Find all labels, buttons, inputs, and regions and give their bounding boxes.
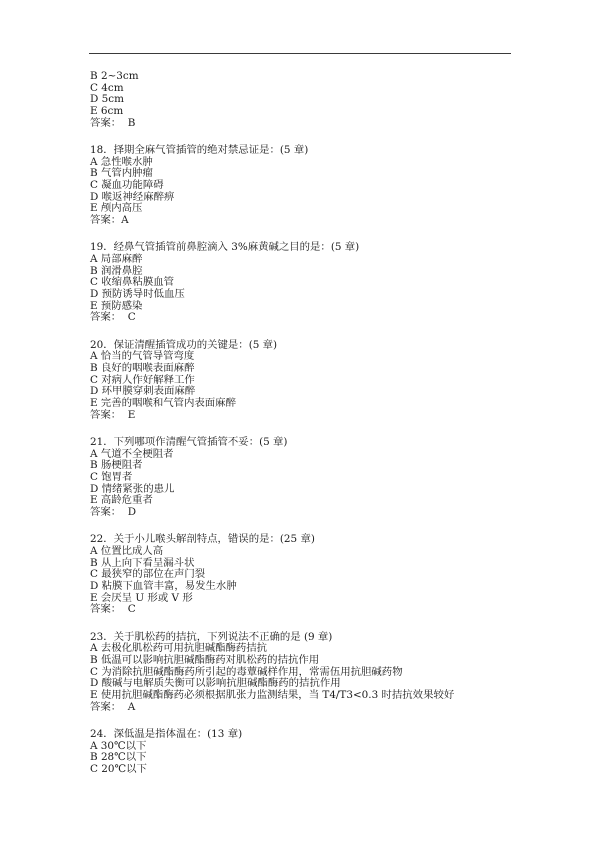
option-d: D 粘膜下血管丰富，易发生水肿 bbox=[90, 581, 520, 593]
question-19: 19．经鼻气管插管前鼻腔滴入 3%麻黄碱之目的是：(5 章) A 局部麻醉 B … bbox=[90, 242, 520, 324]
option-a: A 局部麻醉 bbox=[90, 254, 520, 266]
question-23: 23．关于肌松药的拮抗，下列说法不正确的是 (9 章) A 去极化肌松药可用抗胆… bbox=[90, 632, 520, 714]
question-stem: 18．择期全麻气管插管的绝对禁忌证是：(5 章) bbox=[90, 145, 520, 157]
question-24: 24．深低温是指体温在：(13 章) A 30℃以下 B 28℃以下 C 20℃… bbox=[90, 729, 520, 776]
option-c: C 20℃以下 bbox=[90, 764, 520, 776]
option-a: A 气道不全梗阻者 bbox=[90, 449, 520, 461]
option-a: A 位置比成人高 bbox=[90, 546, 520, 558]
question-stem: 21．下列哪项作清醒气管插管不妥：(5 章) bbox=[90, 437, 520, 449]
option-a: A 30℃以下 bbox=[90, 741, 520, 753]
option-b: B 2~3cm bbox=[90, 71, 520, 83]
answer: 答案： A bbox=[90, 702, 520, 714]
option-e: E 完善的咽喉和气管内表面麻醉 bbox=[90, 398, 520, 410]
answer: 答案： C bbox=[90, 604, 520, 616]
option-b: B 肠梗阻者 bbox=[90, 460, 520, 472]
option-c: C 凝血功能障碍 bbox=[90, 180, 520, 192]
option-e: E 高龄危重者 bbox=[90, 495, 520, 507]
answer: 答案：A bbox=[90, 215, 520, 227]
option-d: D 喉返神经麻醉痹 bbox=[90, 192, 520, 204]
option-e: E 会厌呈 U 形或 V 形 bbox=[90, 593, 520, 605]
option-e: E 使用抗胆碱酯酶药必须根据肌张力监测结果，当 T4/T3<0.3 时拮抗效果较… bbox=[90, 690, 520, 702]
question-17-continuation: B 2~3cm C 4cm D 5cm E 6cm 答案： B bbox=[90, 71, 520, 129]
option-e: E 预防感染 bbox=[90, 301, 520, 313]
option-a: A 急性喉水肿 bbox=[90, 157, 520, 169]
option-b: B 28℃以下 bbox=[90, 752, 520, 764]
answer: 答案： D bbox=[90, 507, 520, 519]
answer: 答案： E bbox=[90, 410, 520, 422]
option-d: D 5cm bbox=[90, 94, 520, 106]
document-page: B 2~3cm C 4cm D 5cm E 6cm 答案： B 18．择期全麻气… bbox=[90, 71, 520, 776]
question-22: 22．关于小儿喉头解剖特点，错误的是：(25 章) A 位置比成人高 B 从上向… bbox=[90, 534, 520, 616]
answer: 答案： B bbox=[90, 118, 520, 130]
header-rule bbox=[89, 53, 511, 54]
option-c: C 4cm bbox=[90, 83, 520, 95]
option-d: D 预防诱导时低血压 bbox=[90, 289, 520, 301]
option-c: C 饱胃者 bbox=[90, 472, 520, 484]
question-18: 18．择期全麻气管插管的绝对禁忌证是：(5 章) A 急性喉水肿 B 气管内肿瘤… bbox=[90, 145, 520, 227]
option-e: E 颅内高压 bbox=[90, 203, 520, 215]
option-b: B 低温可以影响抗胆碱酯酶药对肌松药的拮抗作用 bbox=[90, 655, 520, 667]
question-20: 20．保证清醒插管成功的关键是：(5 章) A 恰当的气管导管弯度 B 良好的咽… bbox=[90, 340, 520, 422]
option-b: B 良好的咽喉表面麻醉 bbox=[90, 363, 520, 375]
answer: 答案： C bbox=[90, 312, 520, 324]
question-stem: 24．深低温是指体温在：(13 章) bbox=[90, 729, 520, 741]
question-stem: 19．经鼻气管插管前鼻腔滴入 3%麻黄碱之目的是：(5 章) bbox=[90, 242, 520, 254]
option-d: D 情绪紧张的患儿 bbox=[90, 484, 520, 496]
option-e: E 6cm bbox=[90, 106, 520, 118]
question-21: 21．下列哪项作清醒气管插管不妥：(5 章) A 气道不全梗阻者 B 肠梗阻者 … bbox=[90, 437, 520, 519]
